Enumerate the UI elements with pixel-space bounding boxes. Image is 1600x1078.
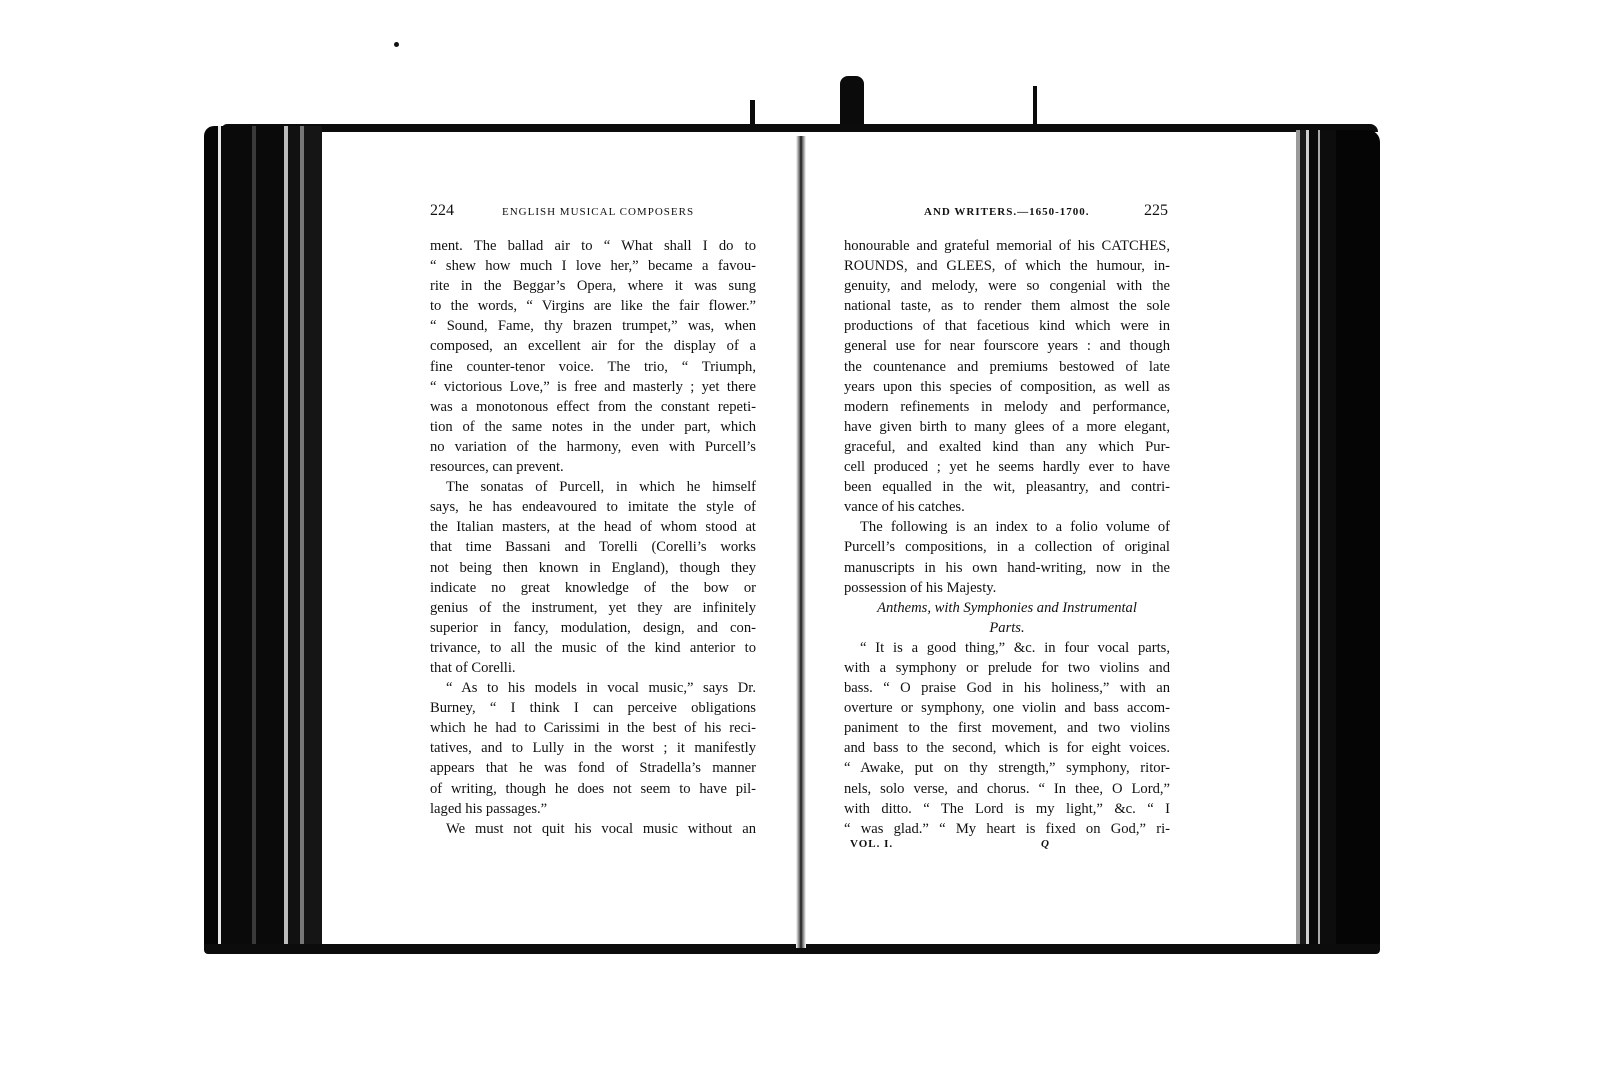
- right-page: And Writers.—1650-1700. 225 honourable a…: [806, 132, 1296, 944]
- text-line: graceful, and exalted kind than any whic…: [844, 437, 1170, 457]
- text-line: “ As to his models in vocal music,” says…: [430, 678, 756, 698]
- text-line: appears that he was fond of Stradella’s …: [430, 758, 756, 778]
- text-line: The following is an index to a folio vol…: [844, 517, 1170, 537]
- text-line: rite in the Beggar’s Opera, where it was…: [430, 276, 756, 296]
- text-line: nels, solo verse, and chorus. “ In thee,…: [844, 779, 1170, 799]
- text-line: with a symphony or prelude for two violi…: [844, 658, 1170, 678]
- text-line: the Italian masters, at the head of whom…: [430, 517, 756, 537]
- left-page: 224 English Musical Composers ment. The …: [322, 132, 796, 944]
- text-line: no variation of the harmony, even with P…: [430, 437, 756, 457]
- text-line: overture or symphony, one violin and bas…: [844, 698, 1170, 718]
- text-line: “ victorious Love,” is free and masterly…: [430, 377, 756, 397]
- text-line: possession of his Majesty.: [844, 578, 1170, 598]
- text-line: that of Corelli.: [430, 658, 756, 678]
- text-line: cell produced ; yet he seems hardly ever…: [844, 457, 1170, 477]
- volume-label: VOL. I.: [850, 838, 893, 850]
- text-line: genius of the instrument, yet they are i…: [430, 598, 756, 618]
- text-line: ment. The ballad air to “ What shall I d…: [430, 236, 756, 256]
- text-line: trivance, to all the music of the kind a…: [430, 638, 756, 658]
- text-line: that time Bassani and Torelli (Corelli’s…: [430, 537, 756, 557]
- text-line: fine counter-tenor voice. The trio, “ Tr…: [430, 357, 756, 377]
- text-line: with ditto. “ The Lord is my light,” &c.…: [844, 799, 1170, 819]
- text-line: says, he has endeavoured to imitate the …: [430, 497, 756, 517]
- running-head-title: English Musical Composers: [502, 206, 694, 218]
- text-line: been equalled in the wit, pleasantry, an…: [844, 477, 1170, 497]
- text-line: paniment to the first movement, and two …: [844, 718, 1170, 738]
- text-line: vance of his catches.: [844, 497, 1170, 517]
- text-line: “ shew how much I love her,” became a fa…: [430, 256, 756, 276]
- text-line: and bass to the second, which is for eig…: [844, 738, 1170, 758]
- text-line: not being then known in England), though…: [430, 558, 756, 578]
- text-line: Purcell’s compositions, in a collection …: [844, 537, 1170, 557]
- book-spread: 224 English Musical Composers ment. The …: [0, 0, 1600, 1078]
- running-head-title: And Writers.—1650-1700.: [924, 206, 1090, 218]
- text-line: “ Sound, Fame, thy brazen trumpet,” was,…: [430, 316, 756, 336]
- text-line: superior in fancy, modulation, design, a…: [430, 618, 756, 638]
- text-line: “ It is a good thing,” &c. in four vocal…: [844, 638, 1170, 658]
- book-cover-top-edge: [222, 124, 1378, 132]
- text-line: years upon this species of composition, …: [844, 377, 1170, 397]
- text-line: We must not quit his vocal music without…: [430, 819, 756, 839]
- text-line: Burney, “ I think I can perceive obligat…: [430, 698, 756, 718]
- text-line: indicate no great knowledge of the bow o…: [430, 578, 756, 598]
- right-page-body: honourable and grateful memorial of his …: [844, 236, 1170, 839]
- text-line: The sonatas of Purcell, in which he hims…: [430, 477, 756, 497]
- text-line: genuity, and melody, were so congenial w…: [844, 276, 1170, 296]
- text-line: resources, can prevent.: [430, 457, 756, 477]
- book-cover-bottom-edge: [204, 944, 1380, 954]
- text-line: national taste, as to render them almost…: [844, 296, 1170, 316]
- book-gutter: [796, 136, 806, 948]
- left-running-head: 224 English Musical Composers: [430, 202, 752, 220]
- signature-mark: Q: [1041, 838, 1050, 850]
- left-page-body: ment. The ballad air to “ What shall I d…: [430, 236, 756, 839]
- text-line: productions of that facetious kind which…: [844, 316, 1170, 336]
- text-line: of writing, though he does not seem to h…: [430, 779, 756, 799]
- text-line: Anthems, with Symphonies and Instrumenta…: [844, 598, 1170, 618]
- text-line: general use for near fourscore years : a…: [844, 336, 1170, 356]
- text-line: manuscripts in his own hand-writing, now…: [844, 558, 1170, 578]
- text-line: honourable and grateful memorial of his …: [844, 236, 1170, 256]
- text-line: composed, an excellent air for the displ…: [430, 336, 756, 356]
- text-line: “ was glad.” “ My heart is fixed on God,…: [844, 819, 1170, 839]
- page-footer: VOL. I. Q: [850, 838, 1050, 850]
- page-number: 224: [430, 202, 454, 220]
- right-running-head: And Writers.—1650-1700. 225: [924, 202, 1168, 220]
- text-line: which he had to Carissimi in the best of…: [430, 718, 756, 738]
- text-line: tion of the same notes in the under part…: [430, 417, 756, 437]
- text-line: to the words, “ Virgins are like the fai…: [430, 296, 756, 316]
- book-fore-edge-left: [204, 126, 322, 950]
- text-line: bass. “ O praise God in his holiness,” w…: [844, 678, 1170, 698]
- book-fore-edge-right: [1296, 130, 1380, 950]
- text-line: laged his passages.”: [430, 799, 756, 819]
- page-number: 225: [1144, 202, 1168, 220]
- text-line: “ Awake, put on thy strength,” symphony,…: [844, 758, 1170, 778]
- text-line: Parts.: [844, 618, 1170, 638]
- scan-speck: [394, 42, 399, 47]
- text-line: tatives, and to Lully in the worst ; it …: [430, 738, 756, 758]
- text-line: was a monotonous effect from the constan…: [430, 397, 756, 417]
- text-line: the countenance and premiums bestowed of…: [844, 357, 1170, 377]
- text-line: ROUNDS, and GLEES, of which the humour, …: [844, 256, 1170, 276]
- text-line: modern refinements in melody and perform…: [844, 397, 1170, 417]
- text-line: have given birth to many glees of a more…: [844, 417, 1170, 437]
